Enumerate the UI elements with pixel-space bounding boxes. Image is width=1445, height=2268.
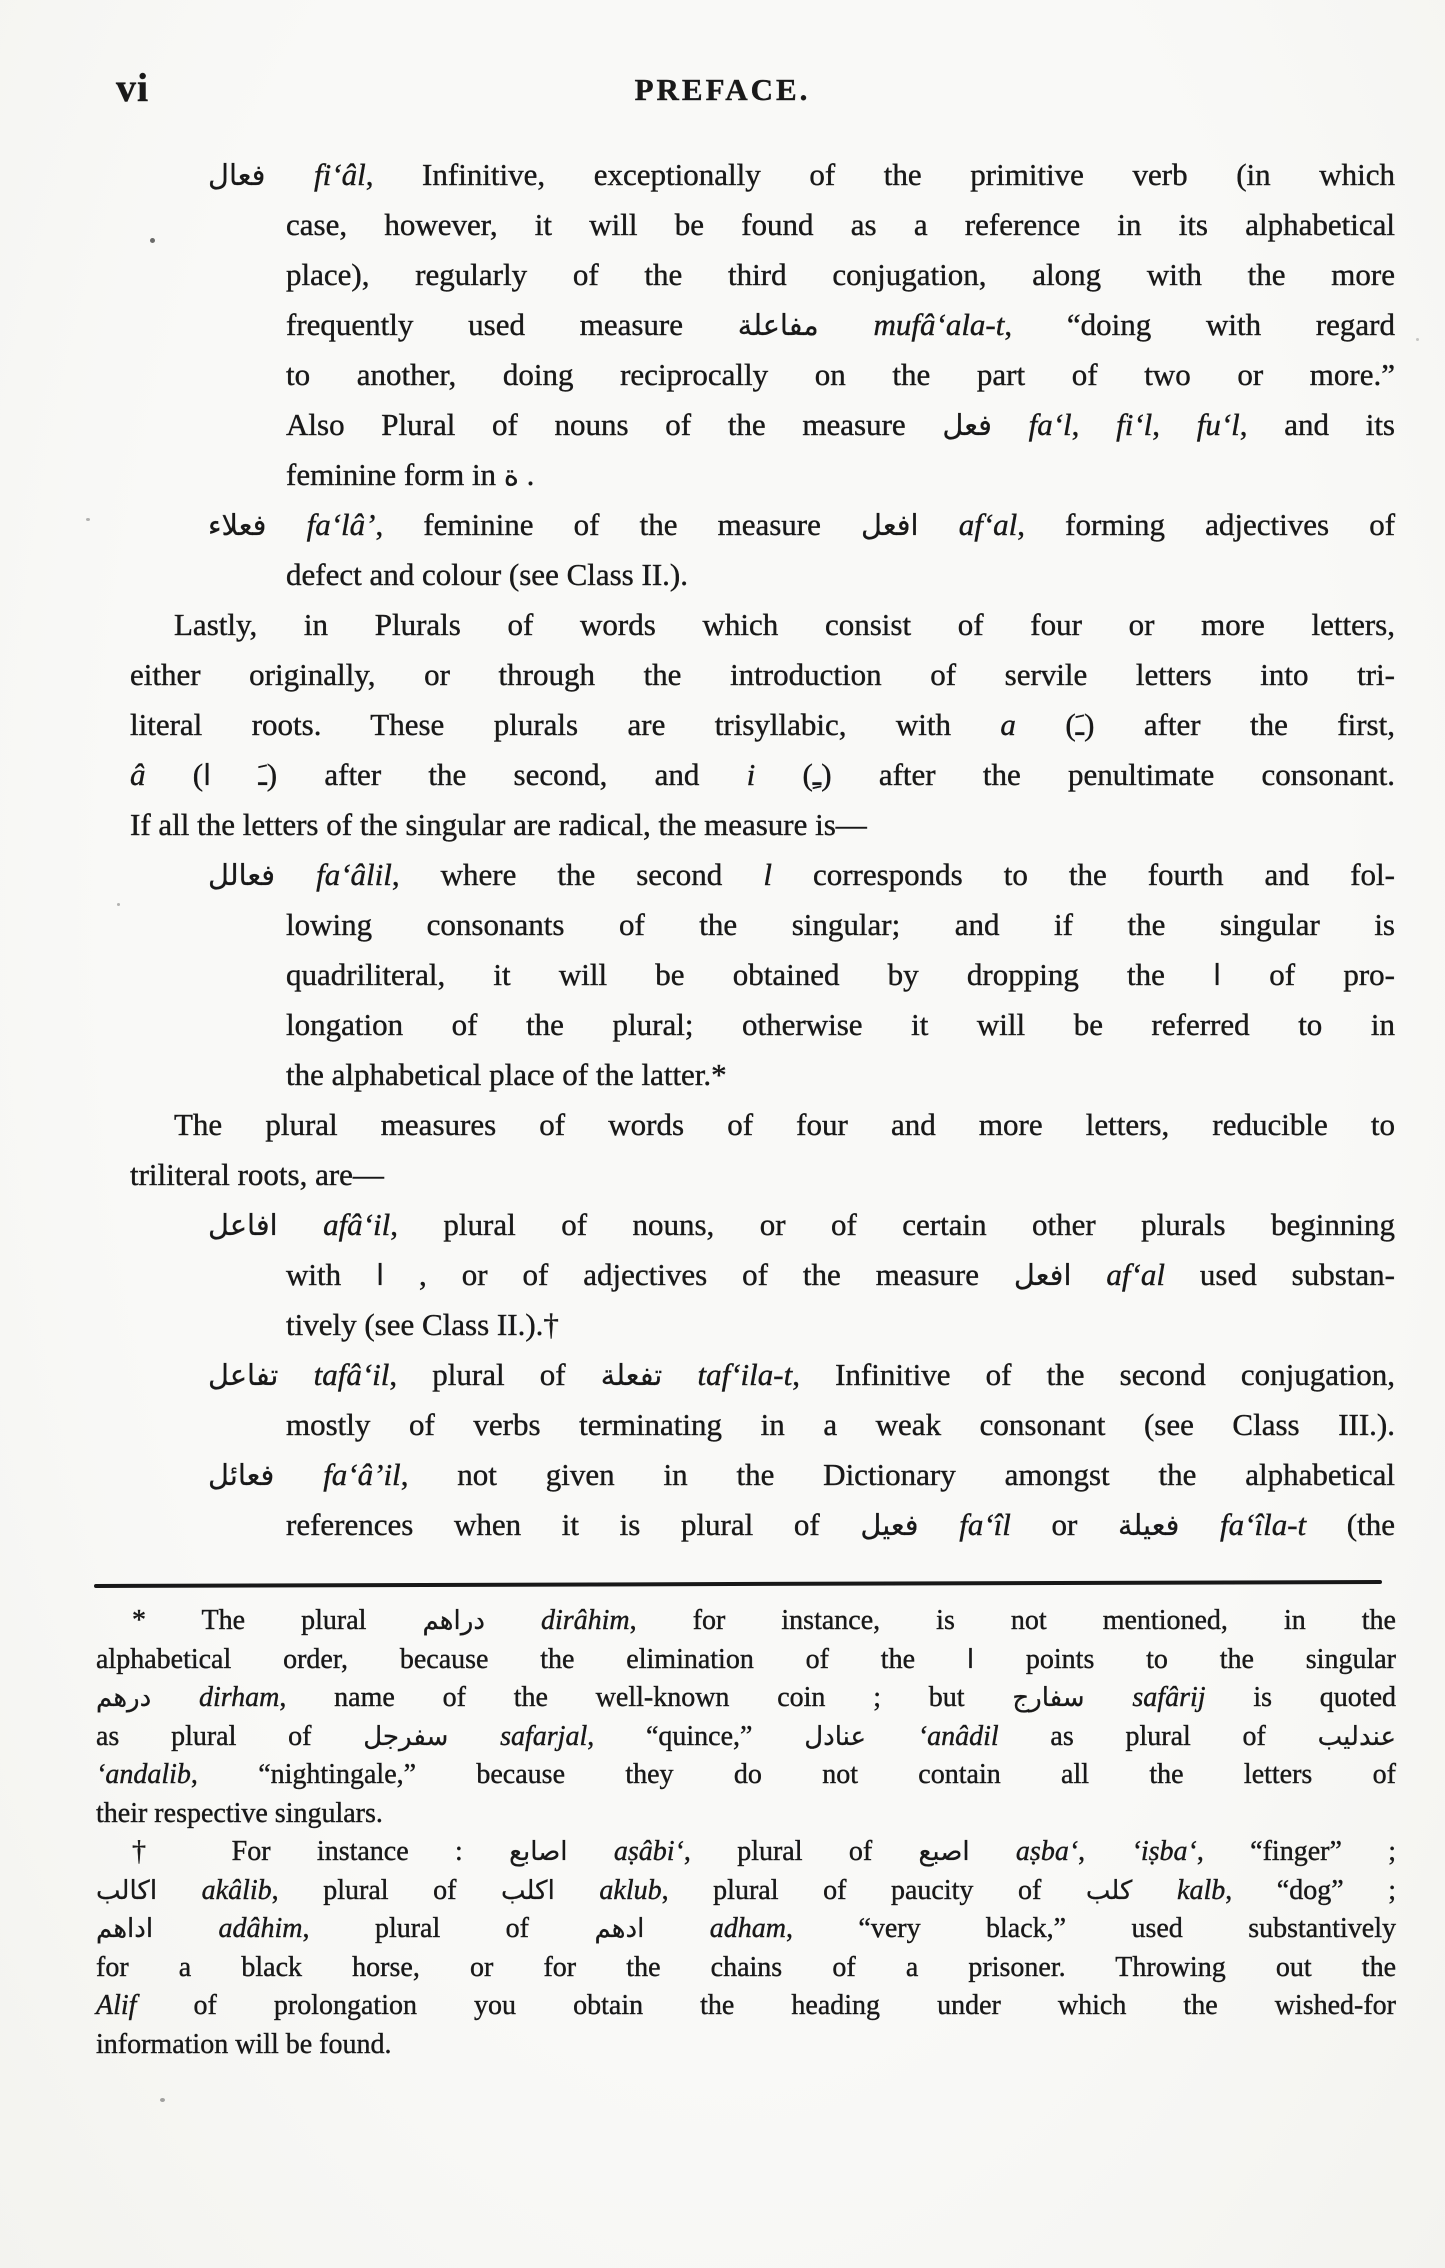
text-run — [1179, 1507, 1220, 1542]
text-run: , not given in the Dictionary amongst th… — [401, 1457, 1395, 1492]
arabic-text-run: دراهم — [422, 1606, 484, 1636]
arabic-text-run: ا — [967, 1645, 974, 1675]
text-run: , forming adjectives of — [1017, 507, 1395, 542]
body-block: Lastly, in Plurals of words which consis… — [130, 600, 1395, 850]
text-run: lowing consonants of the singular; and i… — [286, 907, 1395, 942]
text-run: defect and colour (see Class II.). — [286, 557, 688, 592]
text-run: ( — [755, 757, 813, 792]
text-run: tively (see Class II.).† — [286, 1307, 559, 1342]
text-line: frequently used measure مفاعلة mufâ‘ala-… — [286, 300, 1395, 350]
arabic-text-run: اصبع — [919, 1837, 970, 1867]
italic-text-run: fa‘â’il — [323, 1457, 401, 1492]
arabic-text-run: كلب — [1086, 1876, 1133, 1906]
italic-text-run: a — [1000, 707, 1016, 742]
arabic-text-run: ـَ — [1076, 708, 1084, 742]
text-run: , “dog” ; — [1225, 1875, 1396, 1906]
italic-text-run: adham — [710, 1913, 786, 1944]
text-line: اكالب akâlib, plural of اكلب aklub, plur… — [96, 1872, 1396, 1911]
text-line: فعالل fa‘âlil, where the second l corres… — [208, 850, 1395, 900]
text-run: points to the singular — [974, 1644, 1396, 1675]
text-run: longation of the plural; otherwise it wi… — [286, 1007, 1395, 1042]
text-run — [485, 1605, 541, 1636]
text-run — [970, 1836, 1016, 1867]
text-line: افاعل afâ‘il, plural of nouns, or of cer… — [208, 1200, 1395, 1250]
text-run: as plural of — [96, 1721, 363, 1752]
text-run: , Infinitive of the second conjugation, — [792, 1357, 1395, 1392]
italic-text-run: fa‘âlil — [316, 857, 392, 892]
text-run: case, however, it will be found as a ref… — [286, 207, 1395, 242]
text-run: ) after the penultimate consonant. — [821, 757, 1395, 792]
text-run: , plural of — [303, 1913, 595, 1944]
italic-text-run: fi‘âl — [314, 157, 366, 192]
scan-speck — [150, 238, 155, 243]
arabic-text-run: فعلاء — [208, 508, 266, 542]
text-line: Lastly, in Plurals of words which consis… — [174, 600, 1395, 650]
text-run: , name of the well-known coin ; but — [279, 1682, 1012, 1713]
text-run: information will be found. — [96, 2029, 392, 2060]
italic-text-run: ‘iṣba‘ — [1132, 1836, 1197, 1867]
text-run — [151, 1682, 199, 1713]
text-run: literal roots. These plurals are trisyll… — [130, 707, 1000, 742]
text-line: triliteral roots, are— — [130, 1150, 1395, 1200]
arabic-text-run: سفرجل — [363, 1722, 448, 1752]
arabic-text-run: ا — [376, 1258, 384, 1292]
arabic-text-run: فعيلة — [1118, 1508, 1179, 1542]
scanned-page: vi PREFACE. فعال fi‘âl, Infinitive, exce… — [0, 0, 1445, 2268]
text-run: references when it is plural of — [286, 1507, 860, 1542]
text-run — [992, 407, 1029, 442]
text-run: of pro- — [1221, 957, 1395, 992]
text-line: place), regularly of the third conjugati… — [286, 250, 1395, 300]
text-run: † For instance : — [132, 1836, 509, 1867]
text-run — [157, 1875, 202, 1906]
body-block: فعال fi‘âl, Infinitive, exceptionally of… — [130, 150, 1395, 500]
body-block: فعلاء fa‘lâ’, feminine of the measure اف… — [130, 500, 1395, 600]
text-run: ) after the second, and — [267, 757, 747, 792]
text-run: ( — [146, 757, 204, 792]
text-line: اداهم adâhim, plural of ادهم adham, “ver… — [96, 1910, 1396, 1949]
text-run: either originally, or through the introd… — [130, 657, 1395, 692]
text-run: used substan- — [1165, 1257, 1395, 1292]
text-line: mostly of verbs terminating in a weak co… — [286, 1400, 1395, 1450]
text-run — [919, 507, 959, 542]
text-run: , for instance, is not mentioned, in the — [630, 1605, 1396, 1636]
text-run: , “quince,” — [587, 1721, 804, 1752]
arabic-text-run: فعالل — [208, 858, 275, 892]
italic-text-run: ‘andalib — [96, 1759, 191, 1790]
body-block: فعالل fa‘âlil, where the second l corres… — [130, 850, 1395, 1100]
text-run: * The plural — [132, 1605, 422, 1636]
arabic-text-run: تفاعل — [208, 1358, 278, 1392]
text-line: † For instance : اصابع aṣâbi‘, plural of… — [132, 1833, 1396, 1872]
text-run — [662, 1357, 697, 1392]
text-run: their respective singulars. — [96, 1798, 383, 1829]
text-line: case, however, it will be found as a ref… — [286, 200, 1395, 250]
text-line: درهم dirham, name of the well-known coin… — [96, 1679, 1396, 1718]
arabic-text-run: ـَ — [258, 758, 266, 792]
text-run — [819, 307, 874, 342]
text-run: , “very black,” used substantively — [786, 1913, 1396, 1944]
text-run — [866, 1721, 918, 1752]
text-run — [919, 1507, 960, 1542]
text-line: either originally, or through the introd… — [130, 650, 1395, 700]
text-run — [568, 1836, 614, 1867]
arabic-text-run: مفاعلة — [738, 308, 819, 342]
text-run: , or of adjectives of the measure — [384, 1257, 1014, 1292]
italic-text-run: fi‘l — [1116, 407, 1152, 442]
arabic-text-run: ة — [504, 458, 519, 492]
arabic-text-run: افاعل — [208, 1208, 278, 1242]
body-block: تفاعل tafâ‘il, plural of تفعلة taf‘ila-t… — [130, 1350, 1395, 1450]
arabic-text-run: فعائل — [208, 1458, 274, 1492]
arabic-text-run: سفارج — [1012, 1683, 1084, 1713]
text-run: for a black horse, or for the chains of … — [96, 1952, 1396, 1983]
italic-text-run: â — [130, 757, 146, 792]
arabic-text-run: افعل — [861, 508, 919, 542]
italic-text-run: kalb — [1177, 1875, 1225, 1906]
text-line: defect and colour (see Class II.). — [286, 550, 1395, 600]
text-run: with — [286, 1257, 376, 1292]
footnote-separator-rule — [94, 1580, 1382, 1588]
arabic-text-run: اصابع — [509, 1837, 567, 1867]
text-run: triliteral roots, are— — [130, 1157, 384, 1192]
footnote-block: † For instance : اصابع aṣâbi‘, plural of… — [96, 1833, 1396, 2064]
arabic-text-run: ا — [1213, 958, 1221, 992]
italic-text-run: i — [747, 757, 756, 792]
text-run — [1085, 1682, 1133, 1713]
text-run — [1132, 1875, 1177, 1906]
arabic-text-run: اكالب — [96, 1876, 157, 1906]
text-line: فعلاء fa‘lâ’, feminine of the measure اف… — [208, 500, 1395, 550]
text-line: lowing consonants of the singular; and i… — [286, 900, 1395, 950]
text-run: corresponds to the fourth and fol- — [772, 857, 1395, 892]
text-run: quadriliteral, it will be obtained by dr… — [286, 957, 1213, 992]
text-run — [153, 1913, 218, 1944]
text-run — [265, 157, 314, 192]
text-run: . — [519, 457, 535, 492]
text-run: or — [1011, 1507, 1118, 1542]
text-line: * The plural دراهم dirâhim, for instance… — [132, 1602, 1396, 1641]
text-run — [211, 757, 258, 792]
text-line: the alphabetical place of the latter.* — [286, 1050, 1395, 1100]
text-line: ‘andalib, “nightingale,” because they do… — [96, 1756, 1396, 1795]
arabic-text-run: اداهم — [96, 1914, 153, 1944]
text-line: â (ا ـَ) after the second, and i (ـِ) af… — [130, 750, 1395, 800]
text-line: longation of the plural; otherwise it wi… — [286, 1000, 1395, 1050]
text-line: their respective singulars. — [96, 1795, 1396, 1834]
text-line: for a black horse, or for the chains of … — [96, 1949, 1396, 1988]
text-run: , Infinitive, exceptionally of the primi… — [366, 157, 1395, 192]
text-run — [555, 1875, 600, 1906]
text-run: , “nightingale,” because they do not con… — [191, 1759, 1396, 1790]
footnotes: * The plural دراهم dirâhim, for instance… — [96, 1602, 1396, 2064]
italic-text-run: taf‘ila-t — [697, 1357, 792, 1392]
arabic-text-run: اكلب — [501, 1876, 555, 1906]
text-line: quadriliteral, it will be obtained by dr… — [286, 950, 1395, 1000]
text-line: If all the letters of the singular are r… — [130, 800, 1395, 850]
text-run: frequently used measure — [286, 307, 738, 342]
text-line: تفاعل tafâ‘il, plural of تفعلة taf‘ila-t… — [208, 1350, 1395, 1400]
footnote-block: * The plural دراهم dirâhim, for instance… — [96, 1602, 1396, 1833]
text-run: Also Plural of nouns of the measure — [286, 407, 942, 442]
text-line: Also Plural of nouns of the measure فعل … — [286, 400, 1395, 450]
italic-text-run: dirham — [199, 1682, 279, 1713]
text-line: alphabetical order, because the eliminat… — [96, 1641, 1396, 1680]
text-run — [278, 1207, 323, 1242]
arabic-text-run: فعال — [208, 158, 265, 192]
text-run: , — [1072, 407, 1116, 442]
arabic-text-run: افعل — [1014, 1258, 1072, 1292]
italic-text-run: aklub — [599, 1875, 661, 1906]
italic-text-run: Alif — [96, 1990, 136, 2021]
text-run: , plural of — [389, 1357, 600, 1392]
italic-text-run: dirâhim — [541, 1605, 630, 1636]
text-run: , and its — [1240, 407, 1395, 442]
text-run: is quoted — [1206, 1682, 1396, 1713]
italic-text-run: adâhim — [219, 1913, 303, 1944]
italic-text-run: l — [763, 857, 772, 892]
text-run: , plural of — [684, 1836, 919, 1867]
text-line: literal roots. These plurals are trisyll… — [130, 700, 1395, 750]
text-run: place), regularly of the third conjugati… — [286, 257, 1395, 292]
text-run — [644, 1913, 709, 1944]
text-run — [274, 1457, 323, 1492]
italic-text-run: fa‘l — [1029, 407, 1072, 442]
text-line: فعال fi‘âl, Infinitive, exceptionally of… — [208, 150, 1395, 200]
italic-text-run: fa‘îl — [959, 1507, 1011, 1542]
italic-text-run: akâlib — [202, 1875, 272, 1906]
body-block: The plural measures of words of four and… — [130, 1100, 1395, 1200]
text-line: tively (see Class II.).† — [286, 1300, 1395, 1350]
body-block: فعائل fa‘â’il, not given in the Dictiona… — [130, 1450, 1395, 1550]
scan-speck — [86, 518, 90, 521]
arabic-text-run: عندليب — [1318, 1722, 1396, 1752]
italic-text-run: aṣâbi‘ — [614, 1836, 684, 1867]
text-run: as plural of — [999, 1721, 1318, 1752]
italic-text-run: fa‘îla-t — [1220, 1507, 1306, 1542]
arabic-text-run: فعل — [942, 408, 992, 442]
text-run: If all the letters of the singular are r… — [130, 807, 867, 842]
italic-text-run: af‘al — [1106, 1257, 1165, 1292]
text-line: as plural of سفرجل safarjal, “quince,” ع… — [96, 1718, 1396, 1757]
text-run: ( — [1016, 707, 1076, 742]
italic-text-run: safarjal — [500, 1721, 587, 1752]
text-run: , plural of nouns, or of certain other p… — [390, 1207, 1395, 1242]
text-line: to another, doing reciprocally on the pa… — [286, 350, 1395, 400]
text-run: , — [1152, 407, 1196, 442]
text-run: (the — [1306, 1507, 1395, 1542]
arabic-text-run: عنادل — [804, 1722, 866, 1752]
arabic-text-run: ـِ — [813, 758, 821, 792]
text-run — [1071, 1257, 1106, 1292]
text-line: Alif of prolongation you obtain the head… — [96, 1987, 1396, 2026]
text-run: ) after the first, — [1084, 707, 1395, 742]
text-line: with ا , or of adjectives of the measure… — [286, 1250, 1395, 1300]
text-run: mostly of verbs terminating in a weak co… — [286, 1407, 1395, 1442]
italic-text-run: tafâ‘il — [314, 1357, 390, 1392]
italic-text-run: mufâ‘ala-t — [874, 307, 1005, 342]
text-run: the alphabetical place of the latter.* — [286, 1057, 727, 1092]
arabic-text-run: ادهم — [594, 1914, 644, 1944]
text-run: , where the second — [392, 857, 763, 892]
text-run: , plural of — [272, 1875, 501, 1906]
text-run — [278, 1357, 313, 1392]
text-run: feminine form in — [286, 457, 504, 492]
text-run: , — [1078, 1836, 1131, 1867]
text-run: , “finger” ; — [1197, 1836, 1396, 1867]
italic-text-run: ‘anâdil — [918, 1721, 999, 1752]
italic-text-run: afâ‘il — [323, 1207, 390, 1242]
page-title: PREFACE. — [0, 72, 1445, 108]
text-run — [448, 1721, 500, 1752]
text-line: feminine form in ة . — [286, 450, 1395, 500]
text-run: , “doing with regard — [1004, 307, 1395, 342]
text-line: references when it is plural of فعيل fa‘… — [286, 1500, 1395, 1550]
italic-text-run: af‘al — [959, 507, 1018, 542]
italic-text-run: fu‘l — [1197, 407, 1240, 442]
text-run: to another, doing reciprocally on the pa… — [286, 357, 1395, 392]
text-run: alphabetical order, because the eliminat… — [96, 1644, 967, 1675]
text-line: The plural measures of words of four and… — [174, 1100, 1395, 1150]
arabic-text-run: فعيل — [860, 1508, 918, 1542]
arabic-text-run: ا — [203, 758, 211, 792]
scan-speck — [1416, 338, 1419, 341]
italic-text-run: fa‘lâ’ — [307, 507, 376, 542]
text-run: , plural of paucity of — [662, 1875, 1086, 1906]
text-run: Lastly, in Plurals of words which consis… — [174, 607, 1395, 642]
text-run: , feminine of the measure — [375, 507, 861, 542]
arabic-text-run: درهم — [96, 1683, 151, 1713]
text-line: فعائل fa‘â’il, not given in the Dictiona… — [208, 1450, 1395, 1500]
text-run: The plural measures of words of four and… — [174, 1107, 1395, 1142]
arabic-text-run: تفعلة — [601, 1358, 663, 1392]
scan-speck — [117, 903, 120, 906]
text-run — [275, 857, 316, 892]
italic-text-run: aṣba‘ — [1016, 1836, 1078, 1867]
text-run — [266, 507, 306, 542]
italic-text-run: safârij — [1132, 1682, 1205, 1713]
page-body: فعال fi‘âl, Infinitive, exceptionally of… — [130, 150, 1395, 1550]
text-line: information will be found. — [96, 2026, 1396, 2065]
scan-speck — [160, 2098, 165, 2102]
text-run: of prolongation you obtain the heading u… — [136, 1990, 1396, 2021]
body-block: افاعل afâ‘il, plural of nouns, or of cer… — [130, 1200, 1395, 1350]
